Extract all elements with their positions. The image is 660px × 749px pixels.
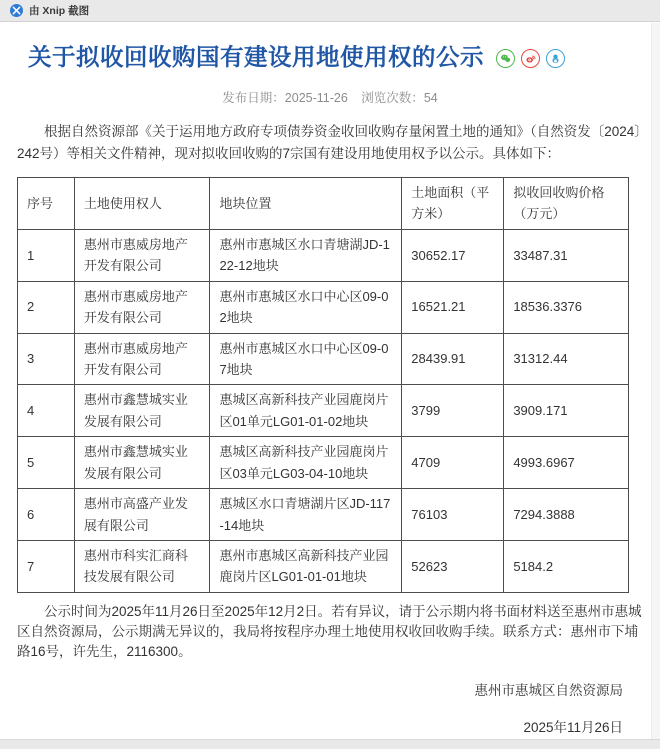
table-row: 5惠州市鑫慧城实业发展有限公司惠城区高新科技产业园鹿岗片区03单元LG03-04…	[18, 437, 629, 489]
table-cell: 5	[18, 437, 75, 489]
table-cell: 18536.3376	[504, 281, 629, 333]
table-header-row: 序号土地使用权人地块位置土地面积（平方米）拟收回收购价格（万元）	[18, 177, 629, 229]
title-row: 关于拟收回收购国有建设用地使用权的公示	[28, 42, 643, 73]
signature-date: 2025年11月26日	[17, 716, 643, 736]
table-cell: 惠州市惠威房地产开发有限公司	[74, 333, 210, 385]
publish-date-label: 发布日期：	[222, 91, 285, 105]
table-cell: 惠城区高新科技产业园鹿岗片区03单元LG03-04-10地块	[210, 437, 402, 489]
publish-meta: 发布日期：2025-11-26 浏览次数：54	[17, 88, 643, 106]
window-titlebar: 由 Xnip 截图	[0, 0, 660, 22]
table-cell: 4	[18, 385, 75, 437]
table-cell: 惠州市惠城区水口中心区09-07地块	[210, 333, 402, 385]
announcement-page: 关于拟收回收购国有建设用地使用权的公示	[0, 42, 660, 736]
table-cell: 4709	[402, 437, 504, 489]
intro-paragraph: 根据自然资源部《关于运用地方政府专项债券资金收回收购存量闲置土地的通知》（自然资…	[17, 121, 643, 165]
table-cell: 惠州市惠威房地产开发有限公司	[74, 281, 210, 333]
table-cell: 惠州市惠城区水口青塘湖JD-122-12地块	[210, 229, 402, 281]
table-row: 6惠州市高盛产业发展有限公司惠城区水口青塘湖片区JD-117-14地块76103…	[18, 489, 629, 541]
table-cell: 3799	[402, 385, 504, 437]
table-cell: 惠州市惠威房地产开发有限公司	[74, 229, 210, 281]
qq-share-icon[interactable]	[546, 49, 565, 68]
page-title: 关于拟收回收购国有建设用地使用权的公示	[28, 42, 484, 73]
table-cell: 惠州市鑫慧城实业发展有限公司	[74, 437, 210, 489]
table-row: 7惠州市科实汇商科技发展有限公司惠州市惠城区高新科技产业园鹿岗片区LG01-01…	[18, 541, 629, 593]
table-row: 2惠州市惠威房地产开发有限公司惠州市惠城区水口中心区09-02地块16521.2…	[18, 281, 629, 333]
publish-date-value: 2025-11-26	[285, 91, 348, 105]
table-header-cell: 土地使用权人	[74, 177, 210, 229]
table-cell: 惠州市高盛产业发展有限公司	[74, 489, 210, 541]
table-header-cell: 拟收回收购价格（万元）	[504, 177, 629, 229]
table-header-cell: 序号	[18, 177, 75, 229]
wechat-share-icon[interactable]	[496, 49, 515, 68]
table-cell: 1	[18, 229, 75, 281]
table-cell: 5184.2	[504, 541, 629, 593]
table-cell: 惠城区水口青塘湖片区JD-117-14地块	[210, 489, 402, 541]
table-cell: 7	[18, 541, 75, 593]
table-row: 4惠州市鑫慧城实业发展有限公司惠城区高新科技产业园鹿岗片区01单元LG01-01…	[18, 385, 629, 437]
table-cell: 52623	[402, 541, 504, 593]
table-cell: 2	[18, 281, 75, 333]
table-cell: 惠州市惠城区水口中心区09-02地块	[210, 281, 402, 333]
table-cell: 惠州市鑫慧城实业发展有限公司	[74, 385, 210, 437]
table-row: 1惠州市惠威房地产开发有限公司惠州市惠城区水口青塘湖JD-122-12地块306…	[18, 229, 629, 281]
closing-paragraph: 公示时间为2025年11月26日至2025年12月2日。若有异议，请于公示期内将…	[17, 602, 643, 663]
table-cell: 16521.21	[402, 281, 504, 333]
xnip-logo-icon	[10, 4, 23, 17]
issuer-signature: 惠州市惠城区自然资源局	[17, 679, 643, 699]
titlebar-label: 由 Xnip 截图	[29, 3, 89, 18]
table-cell: 7294.3888	[504, 489, 629, 541]
share-buttons	[496, 49, 565, 68]
table-cell: 31312.44	[504, 333, 629, 385]
table-cell: 30652.17	[402, 229, 504, 281]
table-cell: 28439.91	[402, 333, 504, 385]
views-label: 浏览次数：	[361, 91, 424, 105]
window-bottom-edge	[0, 739, 660, 749]
scrollbar-track[interactable]	[651, 23, 660, 739]
views-value: 54	[424, 91, 438, 105]
table-cell: 3	[18, 333, 75, 385]
weibo-share-icon[interactable]	[521, 49, 540, 68]
table-header-cell: 土地面积（平方米）	[402, 177, 504, 229]
table-header-cell: 地块位置	[210, 177, 402, 229]
table-row: 3惠州市惠威房地产开发有限公司惠州市惠城区水口中心区09-07地块28439.9…	[18, 333, 629, 385]
table-cell: 惠城区高新科技产业园鹿岗片区01单元LG01-01-02地块	[210, 385, 402, 437]
table-cell: 惠州市惠城区高新科技产业园鹿岗片区LG01-01-01地块	[210, 541, 402, 593]
announcement-table-body: 1惠州市惠威房地产开发有限公司惠州市惠城区水口青塘湖JD-122-12地块306…	[18, 229, 629, 592]
table-cell: 4993.6967	[504, 437, 629, 489]
announcement-table: 序号土地使用权人地块位置土地面积（平方米）拟收回收购价格（万元） 1惠州市惠威房…	[17, 177, 629, 593]
table-cell: 3909.171	[504, 385, 629, 437]
table-cell: 6	[18, 489, 75, 541]
table-cell: 76103	[402, 489, 504, 541]
table-cell: 33487.31	[504, 229, 629, 281]
table-cell: 惠州市科实汇商科技发展有限公司	[74, 541, 210, 593]
